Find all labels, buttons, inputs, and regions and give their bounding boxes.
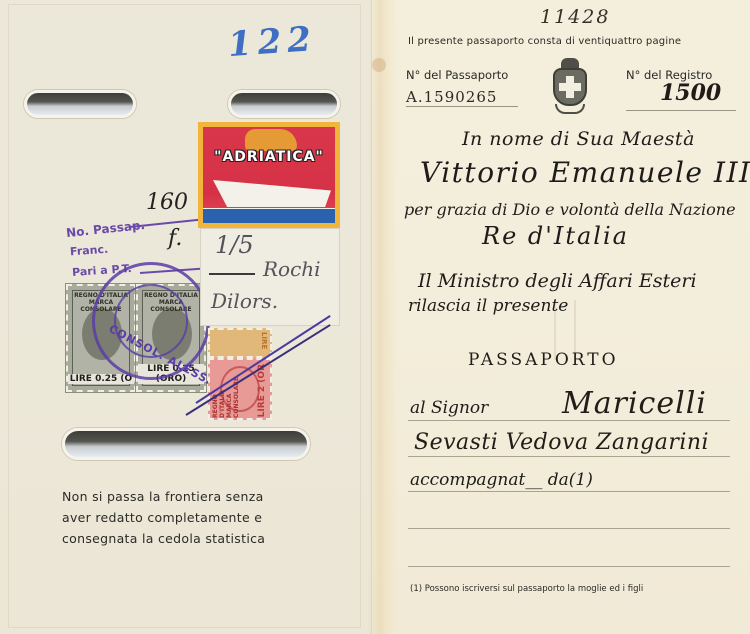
header-line: per grazia di Dio e volontà della Nazion… [404, 200, 736, 219]
winged-lion-icon [245, 129, 297, 151]
binding-slot [62, 428, 310, 460]
document-title: PASSAPORTO [468, 350, 619, 370]
holder-name-line-2: Sevasti Vedova Zangarini [414, 430, 709, 455]
handwritten-number: 122 [227, 19, 319, 65]
passport-spread: 122 160 f. No. Passap. Franc. Pari a P.T… [0, 0, 750, 634]
header-line: Il Ministro degli Affari Esteri [418, 270, 697, 292]
pages-notice: Il presente passaporto consta di ventiqu… [408, 36, 681, 47]
header-line: In nome di Sua Maestà [462, 128, 695, 150]
adriatica-brand: "ADRIATICA" [203, 149, 335, 165]
handwritten-note: 1/5 Rochi Dilors. [200, 228, 340, 326]
handwritten-serial: 11428 [540, 6, 610, 28]
king-name: Vittorio Emanuele III [420, 156, 750, 189]
accompanied-label: accompagnat__ da(1) [410, 470, 593, 490]
handwritten-amount: 160 [146, 190, 188, 215]
king-title: Re d'Italia [482, 222, 629, 250]
savoy-coat-of-arms-icon [545, 56, 595, 118]
register-number: 1500 [660, 80, 721, 106]
handwritten-initial: f. [168, 226, 182, 251]
strikethrough [209, 273, 255, 275]
holder-name: Maricelli [562, 386, 707, 421]
ship-icon [213, 177, 331, 207]
revenue-stamp: LIRE [208, 328, 272, 358]
header-line: rilascia il presente [408, 296, 568, 316]
sea-graphic [203, 209, 335, 223]
frontier-notice: Non si passa la frontiera senza aver red… [62, 486, 332, 549]
passport-number: A.1590265 [406, 88, 518, 107]
footnote: (1) Possono iscriversi sul passaporto la… [410, 584, 643, 594]
consular-stamp-line: Franc. [70, 243, 109, 259]
passport-number-label: N° del Passaporto [406, 68, 508, 82]
holder-label: al Signor [410, 398, 488, 418]
book-gutter [368, 0, 398, 634]
binding-slot [228, 90, 340, 118]
adriatica-label: "ADRIATICA" [198, 122, 340, 228]
binding-slot [24, 90, 136, 118]
